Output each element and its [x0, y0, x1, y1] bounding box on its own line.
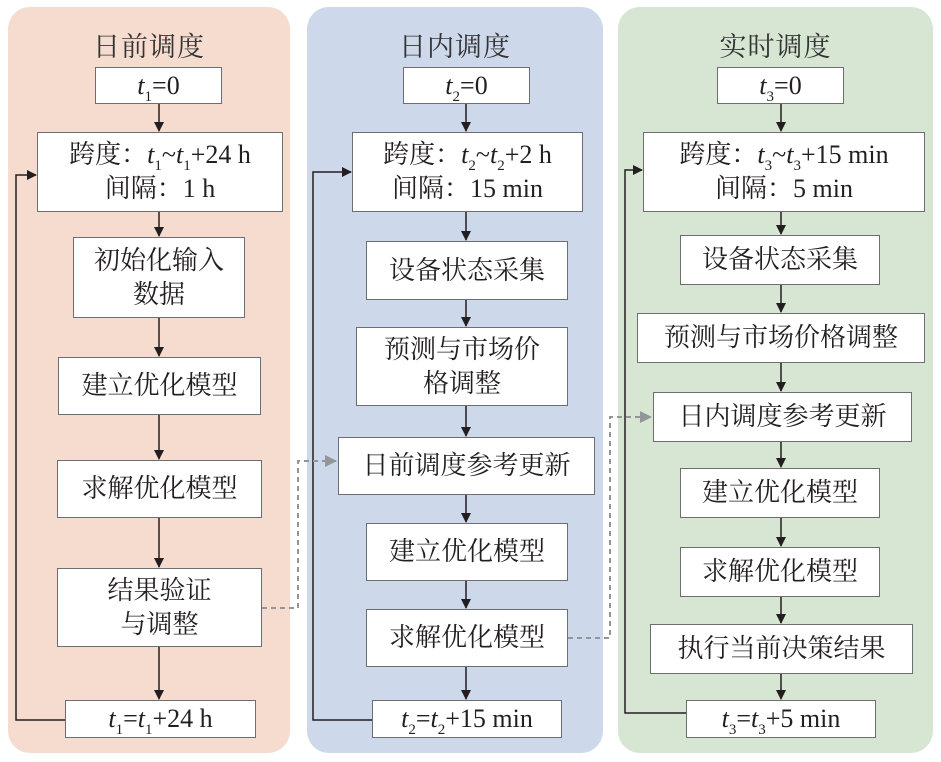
step-day-ahead-ref-update: 日前调度参考更新	[338, 437, 595, 495]
update-box-intraday: t2=t2+15 min	[372, 700, 562, 738]
step-forecast-price-realtime: 预测与市场价格调整	[637, 313, 925, 363]
update-box-day-ahead: t1=t1+24 h	[65, 700, 256, 738]
init-box-intraday: t2=0	[403, 67, 530, 104]
step-build-model-intraday: 建立优化模型	[366, 523, 568, 581]
panel-title-realtime: 实时调度	[618, 25, 933, 64]
span-interval-box-realtime: 跨度：t3~t3+15 min 间隔：5 min	[643, 132, 925, 212]
step-init-data: 初始化输入数据	[73, 237, 245, 318]
step-solve-model-intraday: 求解优化模型	[366, 609, 568, 667]
update-box-realtime: t3=t3+5 min	[686, 700, 876, 738]
init-box-day-ahead: t1=0	[95, 67, 222, 104]
panel-title-day-ahead: 日前调度	[8, 25, 290, 64]
panel-title-intraday: 日内调度	[307, 25, 603, 64]
step-solve-model-day-ahead: 求解优化模型	[57, 460, 262, 518]
step-intraday-ref-update: 日内调度参考更新	[653, 392, 912, 442]
span-interval-box-day-ahead: 跨度：t1~t1+24 h 间隔：1 h	[37, 132, 283, 212]
step-forecast-price-intraday: 预测与市场价格调整	[356, 327, 568, 406]
step-execute-decision: 执行当前决策结果	[650, 624, 913, 674]
step-build-model-realtime: 建立优化模型	[680, 468, 880, 518]
init-box-realtime: t3=0	[717, 67, 844, 104]
step-device-status-realtime: 设备状态采集	[680, 235, 880, 285]
step-solve-model-realtime: 求解优化模型	[680, 547, 880, 597]
step-device-status-intraday: 设备状态采集	[366, 241, 568, 300]
step-verify-adjust: 结果验证与调整	[57, 568, 262, 647]
step-build-model-day-ahead: 建立优化模型	[58, 357, 261, 415]
span-interval-box-intraday: 跨度：t2~t2+2 h 间隔：15 min	[352, 132, 583, 212]
